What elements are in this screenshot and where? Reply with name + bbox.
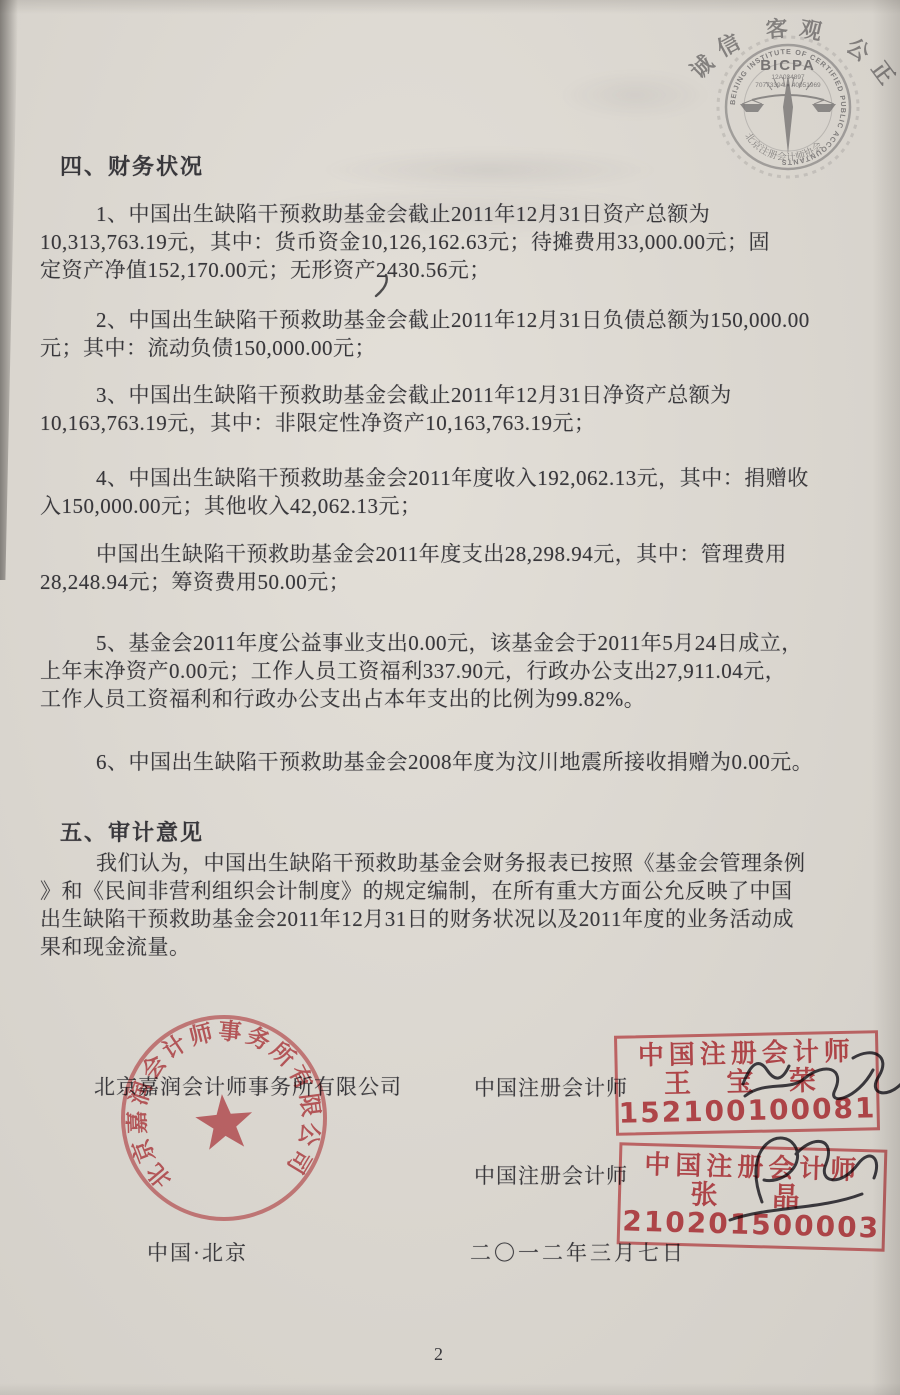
star-icon bbox=[194, 1092, 256, 1151]
text-line: 》和《民间非营利组织会计制度》的规定编制，在所有重大方面公允反映了中国 bbox=[40, 877, 858, 905]
text-line: 元；其中：流动负债150,000.00元； bbox=[40, 334, 858, 362]
audit-opinion-paragraph: 我们认为，中国出生缺陷干预救助基金会财务报表已按照《基金会管理条例 》和《民间非… bbox=[40, 849, 858, 961]
page-edge-shadow-bottom bbox=[0, 1383, 900, 1395]
text-line: 定资产净值152,170.00元；无形资产2430.56元； bbox=[40, 256, 858, 284]
text-line: 4、中国出生缺陷干预救助基金会2011年度收入192,062.13元，其中：捐赠… bbox=[40, 464, 858, 492]
text-line: 5、基金会2011年度公益事业支出0.00元，该基金会于2011年5月24日成立… bbox=[40, 629, 858, 657]
page-edge-shadow-left bbox=[0, 0, 18, 580]
text-line: 6、中国出生缺陷干预救助基金会2008年度为汶川地震所接收捐赠为0.00元。 bbox=[40, 748, 858, 776]
text-line: 出生缺陷干预救助基金会2011年12月31日的财务状况以及2011年度的业务活动… bbox=[40, 905, 858, 933]
signature-zhang-jing bbox=[700, 1122, 895, 1237]
seal-acronym: BICPA bbox=[760, 57, 816, 74]
paragraph-wenchuan-donation: 6、中国出生缺陷干预救助基金会2008年度为汶川地震所接收捐赠为0.00元。 bbox=[40, 748, 858, 776]
handwritten-pen-mark bbox=[372, 272, 396, 300]
paragraph-assets: 1、中国出生缺陷干预救助基金会截止2011年12月31日资产总额为 10,313… bbox=[40, 200, 858, 284]
text-line: 3、中国出生缺陷干预救助基金会截止2011年12月31日净资产总额为 bbox=[40, 381, 858, 409]
text-line: 10,313,763.19元，其中：货币资金10,126,162.63元；待摊费… bbox=[40, 228, 858, 256]
paragraph-net-assets: 3、中国出生缺陷干预救助基金会截止2011年12月31日净资产总额为 10,16… bbox=[40, 381, 858, 437]
firm-location: 中国·北京 bbox=[147, 1237, 248, 1267]
paragraph-liabilities: 2、中国出生缺陷干预救助基金会截止2011年12月31日负债总额为150,000… bbox=[40, 306, 858, 362]
text-line: 入150,000.00元；其他收入42,062.13元； bbox=[40, 492, 858, 520]
scanned-audit-report-page: 诚信 客观 公正 BEIJING INSTITUTE OF CERTIFIED … bbox=[0, 0, 900, 1395]
text-line: 28,248.94元；筹资费用50.00元； bbox=[40, 568, 858, 596]
section-4-heading: 四、财务状况 bbox=[40, 150, 858, 181]
text-line: 10,163,763.19元，其中：非限定性净资产10,163,763.19元； bbox=[40, 409, 858, 437]
firm-round-seal: 北京嘉润会计师事务所有限公司 bbox=[100, 993, 347, 1244]
text-line: 工作人员工资福利和行政办公支出占本年支出的比例为99.82%。 bbox=[40, 685, 858, 713]
signature-wang-baorong bbox=[735, 1038, 900, 1128]
paragraph-income: 4、中国出生缺陷干预救助基金会2011年度收入192,062.13元，其中：捐赠… bbox=[40, 464, 858, 520]
page-number: 2 bbox=[434, 1344, 443, 1365]
section-5-heading: 五、审计意见 bbox=[40, 816, 858, 847]
text-line: 上年末净资产0.00元；工作人员工资福利337.90元，行政办公支出27,911… bbox=[40, 657, 858, 685]
cpa-label-2: 中国注册会计师 bbox=[474, 1160, 628, 1190]
text-line: 我们认为，中国出生缺陷干预救助基金会财务报表已按照《基金会管理条例 bbox=[40, 849, 858, 877]
paragraph-expenses: 中国出生缺陷干预救助基金会2011年度支出28,298.94元，其中：管理费用 … bbox=[40, 540, 858, 596]
text-line: 果和现金流量。 bbox=[40, 933, 858, 961]
text-line: 中国出生缺陷干预救助基金会2011年度支出28,298.94元，其中：管理费用 bbox=[40, 540, 858, 568]
text-line: 1、中国出生缺陷干预救助基金会截止2011年12月31日资产总额为 bbox=[40, 200, 858, 228]
text-line: 2、中国出生缺陷干预救助基金会截止2011年12月31日负债总额为150,000… bbox=[40, 306, 858, 334]
paragraph-public-welfare: 5、基金会2011年度公益事业支出0.00元，该基金会于2011年5月24日成立… bbox=[40, 629, 858, 713]
cpa-label-1: 中国注册会计师 bbox=[474, 1072, 628, 1102]
